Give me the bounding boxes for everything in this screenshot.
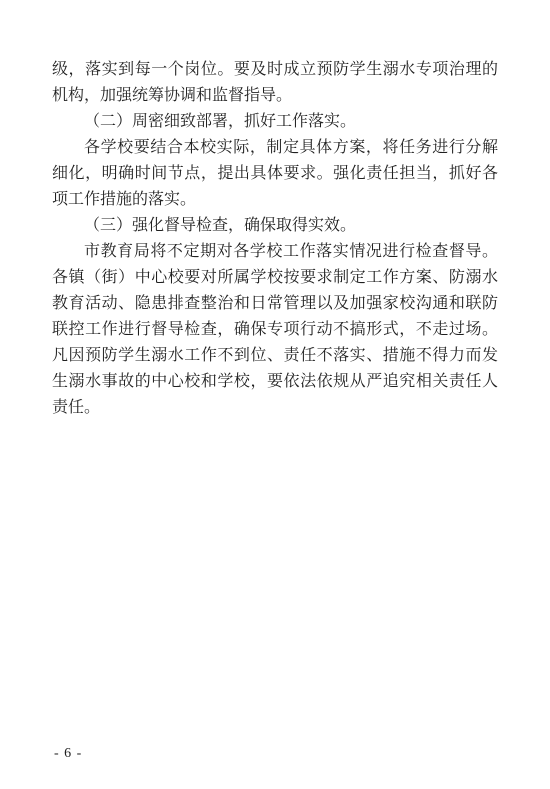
paragraph-body-3: 市教育局将不定期对各学校工作落实情况进行检查督导。各镇（街）中心校要对所属学校按… (52, 239, 498, 421)
paragraph-heading-2: （二）周密细致部署，抓好工作落实。 (52, 109, 498, 135)
document-page: 级，落实到每一个岗位。要及时成立预防学生溺水专项治理的机构，加强统筹协调和监督指… (0, 0, 550, 789)
paragraph-body-2: 各学校要结合本校实际，制定具体方案，将任务进行分解细化，明确时间节点，提出具体要… (52, 135, 498, 213)
page-number: - 6 - (54, 745, 82, 763)
body-text-block: 级，落实到每一个岗位。要及时成立预防学生溺水专项治理的机构，加强统筹协调和监督指… (52, 57, 498, 421)
paragraph-continuation: 级，落实到每一个岗位。要及时成立预防学生溺水专项治理的机构，加强统筹协调和监督指… (52, 57, 498, 109)
paragraph-heading-3: （三）强化督导检查，确保取得实效。 (52, 213, 498, 239)
